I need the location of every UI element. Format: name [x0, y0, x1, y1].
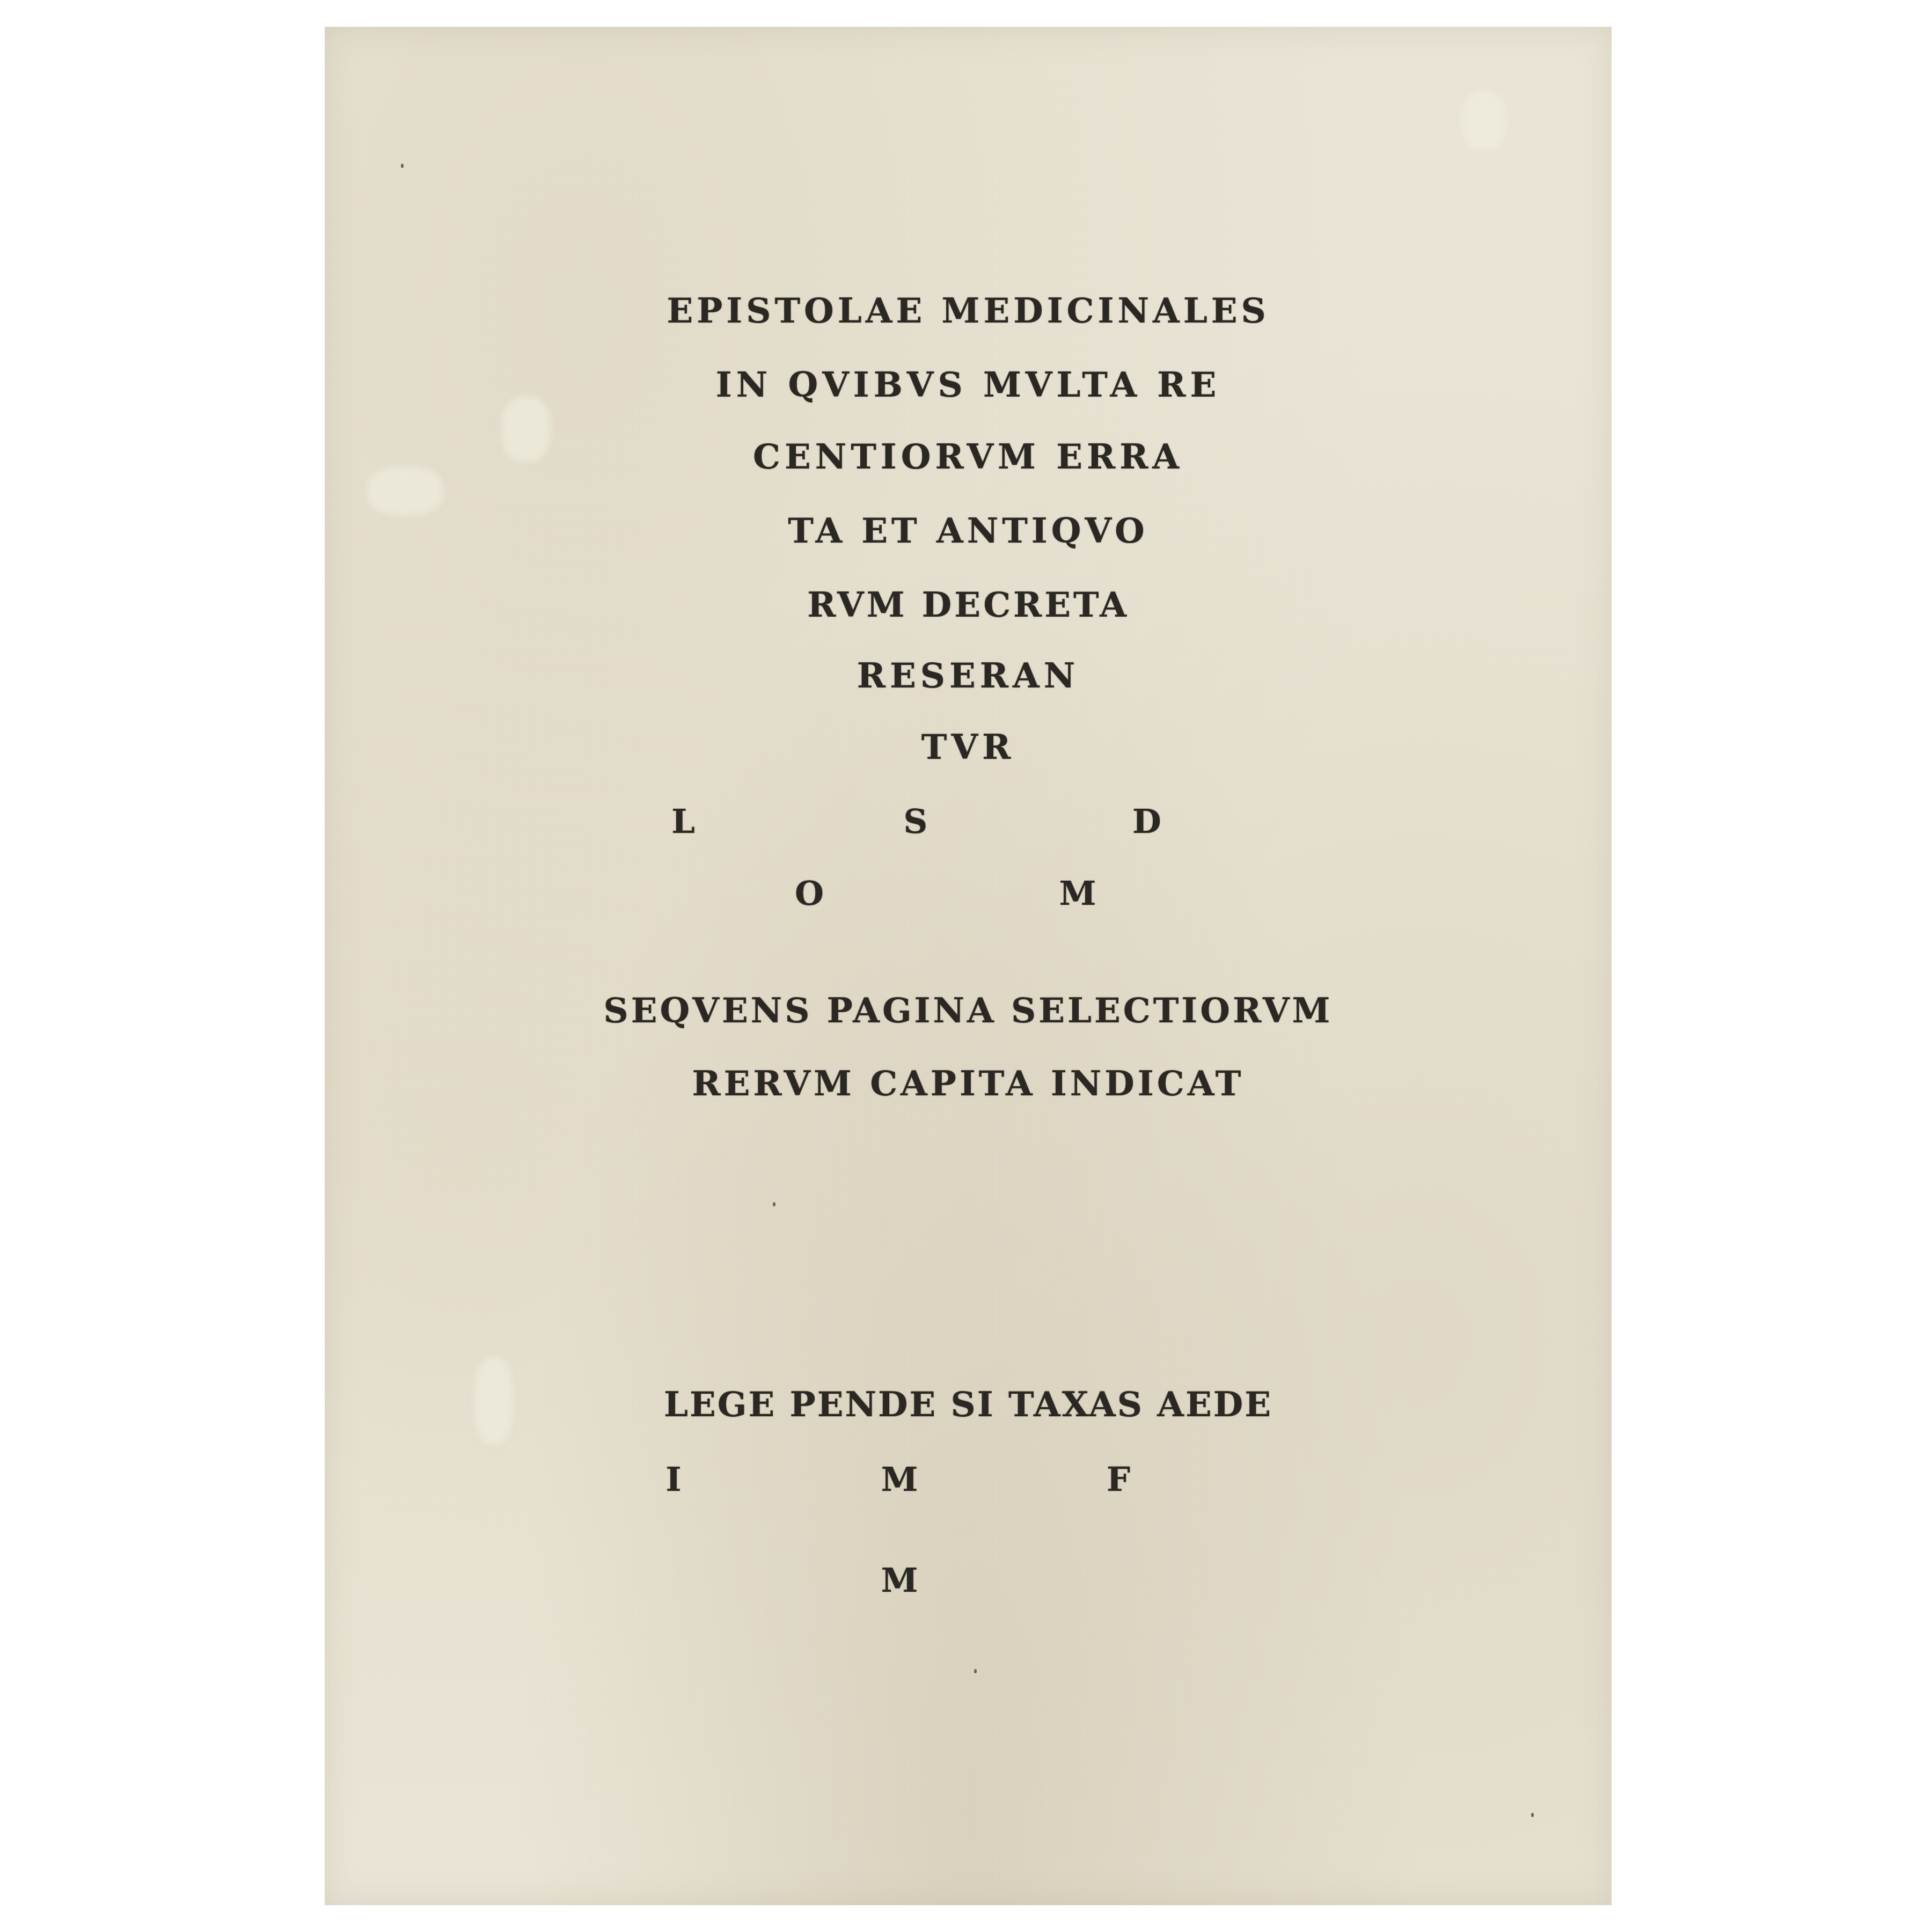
ink-speck [773, 1202, 775, 1206]
initial-l: L [671, 805, 695, 838]
title-line-5: RVM DECRETA [325, 588, 1612, 623]
initial-i: I [665, 1463, 681, 1496]
initial-f: F [1107, 1463, 1130, 1496]
initial-m: M [1059, 877, 1096, 910]
title-line-4: TA ET ANTIQVO [325, 514, 1612, 548]
initial-d: D [1132, 805, 1161, 838]
subtitle-line-1: SEQVENS PAGINA SELECTIORVM [325, 994, 1612, 1028]
title-line-2: IN QVIBVS MVLTA RE [325, 368, 1612, 402]
motto-line: LEGE PENDE SI TAXAS AEDE [325, 1388, 1612, 1422]
initial-o: O [795, 877, 824, 910]
title-line-7: TVR [325, 730, 1612, 765]
title-line-6: RESERAN [325, 659, 1612, 693]
initial-s: S [904, 805, 928, 838]
ink-speck [974, 1669, 977, 1673]
title-line-1: EPISTOLAE MEDICINALES [325, 294, 1612, 328]
paper-stain [1462, 91, 1505, 150]
title-page: EPISTOLAE MEDICINALES IN QVIBVS MVLTA RE… [325, 27, 1612, 1905]
title-line-3: CENTIORVM ERRA [325, 440, 1612, 474]
subtitle-line-2: RERVM CAPITA INDICAT [325, 1067, 1612, 1101]
initial-m-3: M [881, 1564, 918, 1597]
ink-speck [1531, 1813, 1534, 1817]
ink-speck [401, 164, 404, 168]
initial-m-2: M [881, 1463, 918, 1496]
